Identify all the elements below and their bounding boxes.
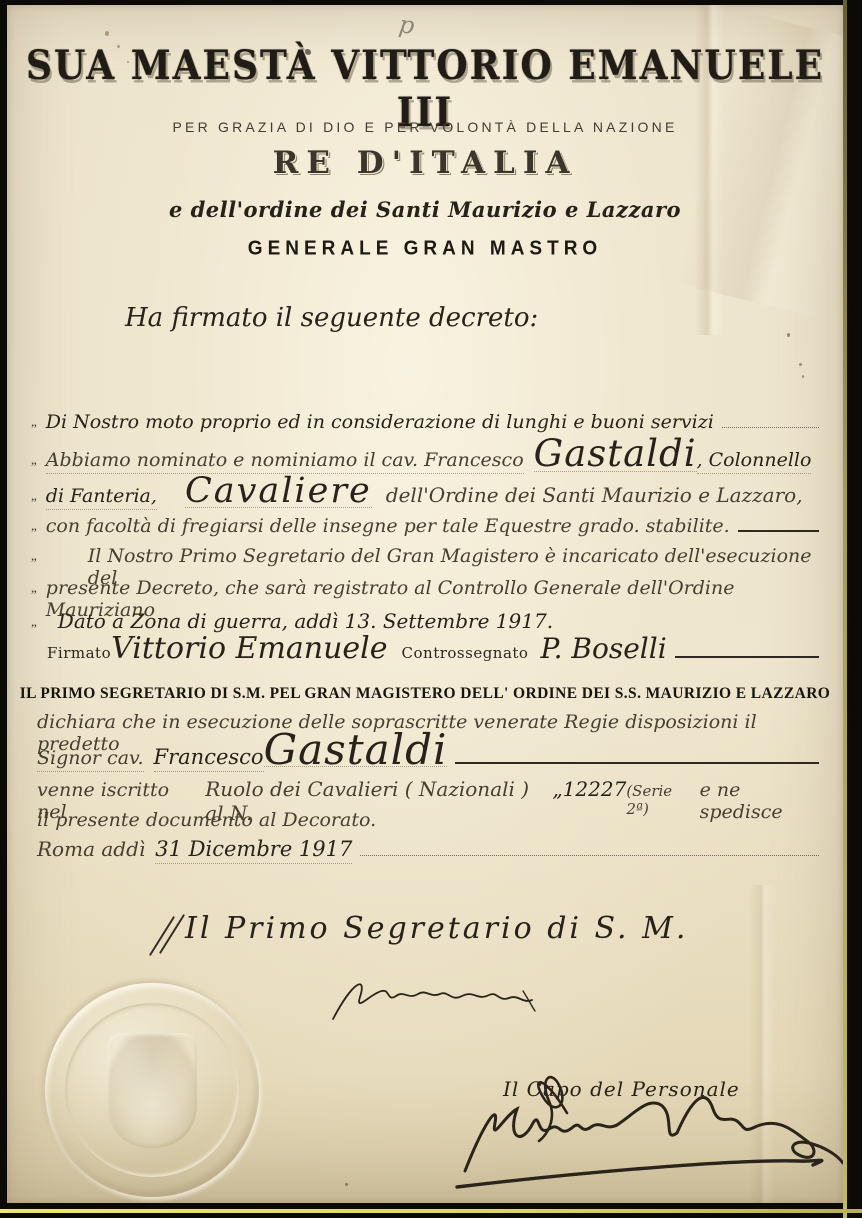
registry-number-hand: „12227 [552,777,626,801]
blank-fill-line [360,852,819,856]
pen-flourish [147,917,189,957]
seal-coat-of-arms [107,1033,197,1148]
decree-line-1: „ Di Nostro moto proprio ed in considera… [31,411,819,433]
secretary-title: Il Primo Segretario di S. M. [185,911,688,946]
decree-paper: p SUA MAESTÀ VITTORIO EMANUELE III PER G… [7,5,843,1203]
grand-master-line: GENERALE GRAN MASTRO [7,237,843,261]
decree-line-1-text: Di Nostro moto proprio ed in considerazi… [46,411,714,433]
foxing-speck [799,363,802,366]
foxing-speck [802,375,804,378]
registry-line-4: il presente documento al Decorato. [37,809,819,831]
signed-label: Firmato [47,644,111,662]
scanned-document: p SUA MAESTÀ VITTORIO EMANUELE III PER G… [0,0,862,1218]
secretary-signature [327,971,557,1029]
scan-edge-line-bottom [0,1209,862,1213]
blank-fill-line [675,653,819,658]
foxing-speck [787,333,790,337]
pencil-mark: p [397,10,416,40]
registry-line-4-text: il presente documento al Decorato. [37,809,376,831]
blank-fill-line [455,759,819,764]
quote-mark: „ [31,580,37,596]
rank-hand: Cavaliere [185,477,372,508]
embossed-seal [45,983,259,1197]
chief-signature [447,1071,843,1201]
king-title: RE D'ITALIA [7,145,843,181]
quote-mark: „ [31,452,37,468]
decree-line-2-after: , Colonnello [697,449,812,474]
registry-date-hand: 31 Dicembre 1917 [155,837,352,864]
order-line: e dell'ordine dei Santi Maurizio e Lazza… [7,197,843,222]
scan-edge-line-right [843,0,847,1218]
blank-fill-line [738,527,819,532]
decree-line-3-printed: dell'Ordine dei Santi Maurizio e Lazzaro… [386,483,803,507]
decree-line-4: „ con facoltà di fregiarsi delle insegne… [31,515,819,537]
king-signature-name: Vittorio Emanuele [111,637,387,661]
date-of-decree: Dato a Zona di guerra, addì 13. Settembr… [58,609,553,633]
foxing-speck [105,31,109,36]
recipient-first-name-hand: Francesco [154,745,264,772]
quote-mark: „ [31,614,37,630]
blank-fill-line [722,424,819,428]
registry-date-line: Roma addì 31 Dicembre 1917 [37,837,819,864]
decree-line-2: „ Abbiamo nominato e nominiamo il cav. F… [31,439,819,474]
recipient-name-hand: Gastaldi [534,439,697,472]
quote-mark: „ [31,414,37,430]
intro-text: Ha firmato il seguente decreto: [125,303,538,333]
quote-mark: „ [31,488,37,504]
decree-line-7: „ Dato a Zona di guerra, addì 13. Settem… [31,609,819,633]
secretary-title-line: Il Primo Segretario di S. M. [185,911,688,946]
registry-line-2-printed: Signor cav. [37,747,144,772]
decree-line-4-text: con facoltà di fregiarsi delle insegne p… [46,515,730,537]
intro-line: Ha firmato il seguente decreto: [125,303,538,333]
foxing-speck [345,1183,348,1186]
grace-line: PER GRAZIA DI DIO E PER VOLONTÀ DELLA NA… [7,119,843,135]
recipient-surname-hand: Gastaldi [264,735,448,767]
registry-heading-wrap: IL PRIMO SEGRETARIO DI S.M. PEL GRAN MAG… [7,685,843,703]
registry-heading: IL PRIMO SEGRETARIO DI S.M. PEL GRAN MAG… [20,685,831,702]
registry-line-2: Signor cav. Francesco Gastaldi [37,735,819,772]
branch-hand: di Fanteria, [46,485,157,510]
quote-mark: „ [31,518,37,534]
countersigned-label: Controssegnato [402,644,529,662]
registry-place-printed: Roma addì [37,837,145,861]
decree-line-3: „ di Fanteria, Cavaliere dell'Ordine dei… [31,477,819,510]
quote-mark: „ [31,548,37,564]
signature-line: Firmato Vittorio Emanuele Controssegnato… [47,637,819,662]
countersignature-name: P. Boselli [540,638,666,660]
